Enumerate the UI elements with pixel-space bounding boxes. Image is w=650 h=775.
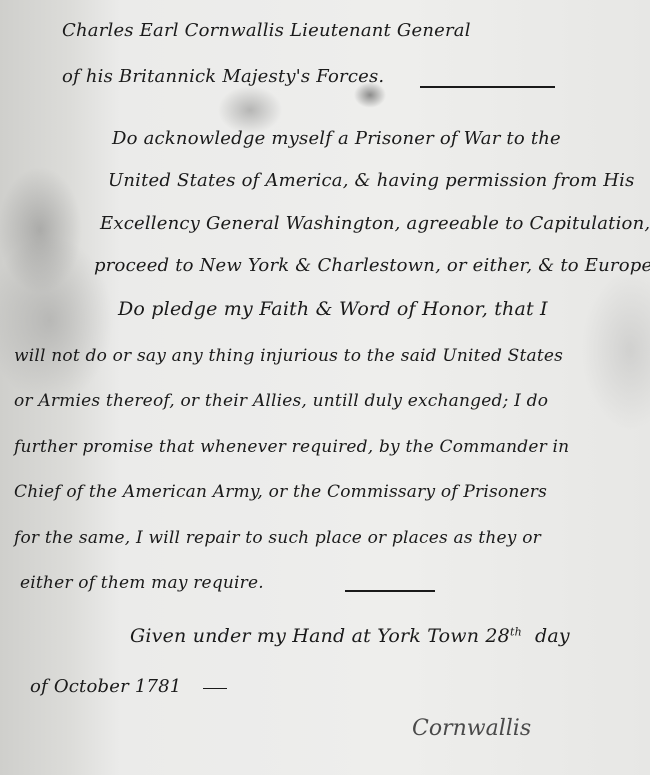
given-text: Given under my Hand at York Town 28 <box>130 625 510 647</box>
body-line-1: Do acknowledge myself a Prisoner of War … <box>112 128 561 149</box>
body-line-3: Excellency General Washington, agreeable… <box>100 213 650 234</box>
signature: Cornwallis <box>412 716 531 741</box>
body-line-10: for the same, I will repair to such plac… <box>14 528 541 548</box>
day-suffix: th <box>510 626 522 639</box>
body-line-8: further promise that whenever required, … <box>14 437 569 457</box>
day-word: day <box>535 625 570 647</box>
body-line-7: or Armies thereof, or their Allies, unti… <box>14 391 548 411</box>
heading-line-1: Charles Earl Cornwallis Lieutenant Gener… <box>62 20 471 41</box>
body-line-4: proceed to New York & Charlestown, or ei… <box>94 255 650 276</box>
document-page: Charles Earl Cornwallis Lieutenant Gener… <box>0 0 650 775</box>
body-line-5: Do pledge my Faith & Word of Honor, that… <box>118 298 548 320</box>
date-dash <box>203 688 227 689</box>
body-line-9: Chief of the American Army, or the Commi… <box>14 482 547 502</box>
closing-underline <box>345 590 435 592</box>
body-line-11: either of them may require. <box>20 573 264 593</box>
date-line: of October 1781 <box>30 676 181 697</box>
heading-underline <box>420 86 555 88</box>
body-line-2: United States of America, & having permi… <box>108 170 635 191</box>
heading-line-2: of his Britannick Majesty's Forces. <box>62 66 384 87</box>
given-line: Given under my Hand at York Town 28th da… <box>130 625 570 647</box>
body-line-6: will not do or say any thing injurious t… <box>14 346 563 366</box>
